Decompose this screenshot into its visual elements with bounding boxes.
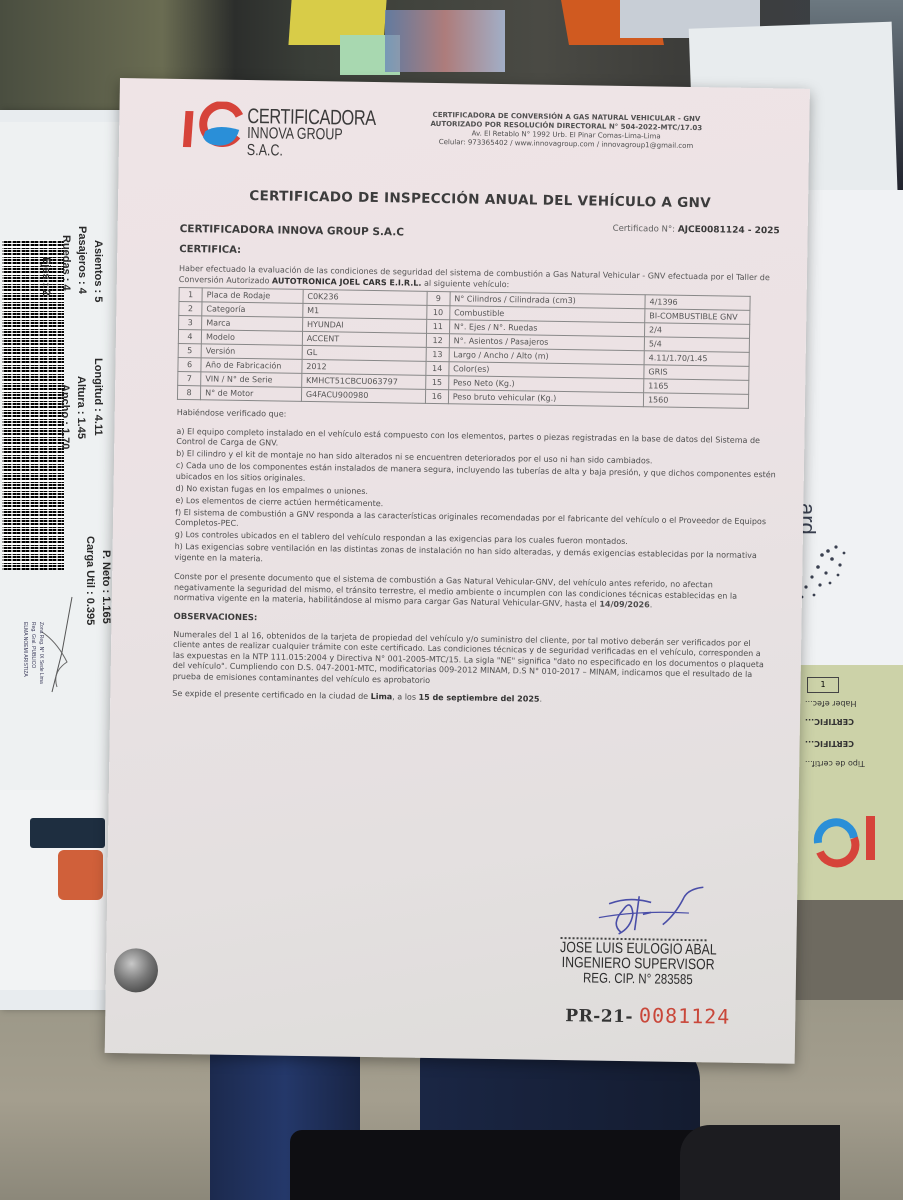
issued-suffix: . [539, 695, 542, 704]
certifica-heading: CERTIFICA: [179, 244, 779, 264]
certificate-number-value: AJCE0081124 - 2025 [678, 225, 780, 237]
issued-city: Lima [371, 692, 393, 701]
svg-text:Reg. Gral. PUBLICO: Reg. Gral. PUBLICO [30, 622, 36, 668]
barcode [2, 240, 64, 570]
vehicle-card-length: Longitud : 4.11 [92, 358, 104, 436]
field-label: Marca [202, 316, 303, 332]
row-number: 15 [425, 375, 448, 389]
gnv-inspection-certificate: CERTIFICADORA INNOVA GROUP S.A.C. CERTIF… [105, 78, 810, 1064]
row-number: 10 [426, 305, 449, 319]
vehicle-card-axles: Ejes : 2 [40, 257, 52, 296]
background-black-bag [290, 1130, 710, 1200]
ig-logo-icon [181, 101, 248, 150]
issued-middle: , a los [392, 692, 418, 701]
row-number: 7 [178, 371, 201, 385]
row-number: 13 [426, 347, 449, 361]
stamp-signature-icon: ELMA NOEMI ARISTIZA Reg. Gral. PUBLICO Z… [22, 592, 82, 702]
serial-prefix: PR-21- [565, 1006, 633, 1027]
svg-text:ELMA NOEMI ARISTIZA: ELMA NOEMI ARISTIZA [22, 622, 28, 677]
row-number: 2 [179, 301, 202, 315]
observations-text: Numerales del 1 al 16, obtenidos de la t… [173, 629, 774, 691]
company-contact-block: CERTIFICADORA DE CONVERSIÓN A GAS NATURA… [411, 111, 722, 152]
vehicle-card-wheels: Ruedas : 4 [60, 235, 72, 291]
issued-date: 15 de septiembre del 2025 [419, 693, 540, 704]
vehicle-data-table: 1Placa de RodajeC0K2369N° Cilindros / Ci… [177, 287, 751, 409]
bg-text: CERTIFIC... [805, 739, 854, 748]
certificate-number-label: Certificado N°: [613, 224, 676, 235]
row-number: 11 [426, 319, 449, 333]
row-number: 4 [178, 329, 201, 343]
bg-text: Tipo de certif... [805, 759, 865, 768]
certificate-header: CERTIFICADORA INNOVA GROUP S.A.C. CERTIF… [181, 97, 782, 166]
logo-wordmark: CERTIFICADORA INNOVA GROUP S.A.C. [247, 108, 376, 161]
signatory-info: JOSE LUIS EULOGIO ABAL INGENIERO SUPERVI… [548, 940, 729, 988]
conste-text: Conste por el presente documento que el … [174, 572, 737, 609]
field-label: Categoría [202, 302, 303, 318]
field-label: Peso bruto vehicular (Kg.) [448, 390, 643, 407]
field-label: Modelo [201, 330, 302, 346]
row-number: 1 [179, 287, 202, 301]
box-number: 1 [807, 677, 839, 693]
background-logo-dark [30, 818, 105, 848]
row-number: 14 [426, 361, 449, 375]
field-label: Placa de Rodaje [202, 288, 303, 304]
intro-text-end: al siguiente vehículo: [421, 278, 509, 288]
field-value: 1560 [643, 393, 748, 409]
ig-logo-icon [808, 808, 888, 868]
serial-value: 0081124 [639, 1003, 731, 1028]
valid-until-date: 14/09/2026 [599, 600, 650, 610]
company-logo: CERTIFICADORA INNOVA GROUP S.A.C. [181, 101, 342, 154]
svg-text:Zona Reg. N° IX Sede Lima: Zona Reg. N° IX Sede Lima [38, 622, 44, 684]
vehicle-card-net-weight: P. Neto : 1.165 [100, 550, 112, 624]
row-number: 5 [178, 343, 201, 357]
vehicle-card-seats: Asientos : 5 [92, 240, 104, 302]
field-label: N° de Motor [201, 386, 302, 402]
observations-heading: OBSERVACIONES: [173, 611, 773, 630]
row-number: 3 [179, 315, 202, 329]
logo-line-2: INNOVA GROUP S.A.C. [247, 125, 376, 161]
hologram-seal-icon [114, 948, 159, 993]
bg-text: Haber efec... [805, 699, 856, 708]
handwritten-signature-icon [578, 883, 709, 945]
signature-block: JOSE LUIS EULOGIO ABAL INGENIERO SUPERVI… [529, 885, 719, 888]
workshop-name: AUTOTRONICA JOEL CARS E.I.R.L. [272, 276, 422, 287]
verified-items-list: a) El equipo completo instalado en el ve… [174, 426, 776, 572]
conste-paragraph: Conste por el presente documento que el … [174, 572, 774, 613]
vehicle-card-width: Ancho : 1.70 [59, 384, 71, 449]
background-logo-orange [58, 850, 103, 900]
issued-statement: Se expide el presente certificado en la … [172, 689, 772, 709]
field-label: Versión [201, 344, 302, 360]
row-number: 12 [426, 333, 449, 347]
vehicle-card-payload: Carga Util : 0.395 [84, 536, 96, 625]
vehicle-card-passengers: Pasajeros : 4 [76, 226, 88, 294]
issued-prefix: Se expide el presente certificado en la … [172, 689, 370, 701]
field-value: G4FACU900980 [301, 387, 425, 403]
row-number: 16 [425, 389, 448, 403]
vehicle-card-height: Altura : 1.45 [75, 376, 87, 439]
bg-text: CERTIFIC... [805, 717, 854, 726]
row-number: 6 [178, 357, 201, 371]
background-chair [680, 1125, 840, 1200]
row-number: 9 [427, 291, 450, 305]
certificate-title: CERTIFICADO DE INSPECCIÓN ANUAL DEL VEHÍ… [180, 187, 780, 212]
background-colored-card [385, 10, 505, 72]
verified-intro: Habiéndose verificado que: [177, 408, 777, 428]
serial-number: PR-21-0081124 [565, 1002, 730, 1029]
logo-line-1: CERTIFICADORA [247, 108, 376, 127]
row-number: 8 [177, 385, 200, 399]
